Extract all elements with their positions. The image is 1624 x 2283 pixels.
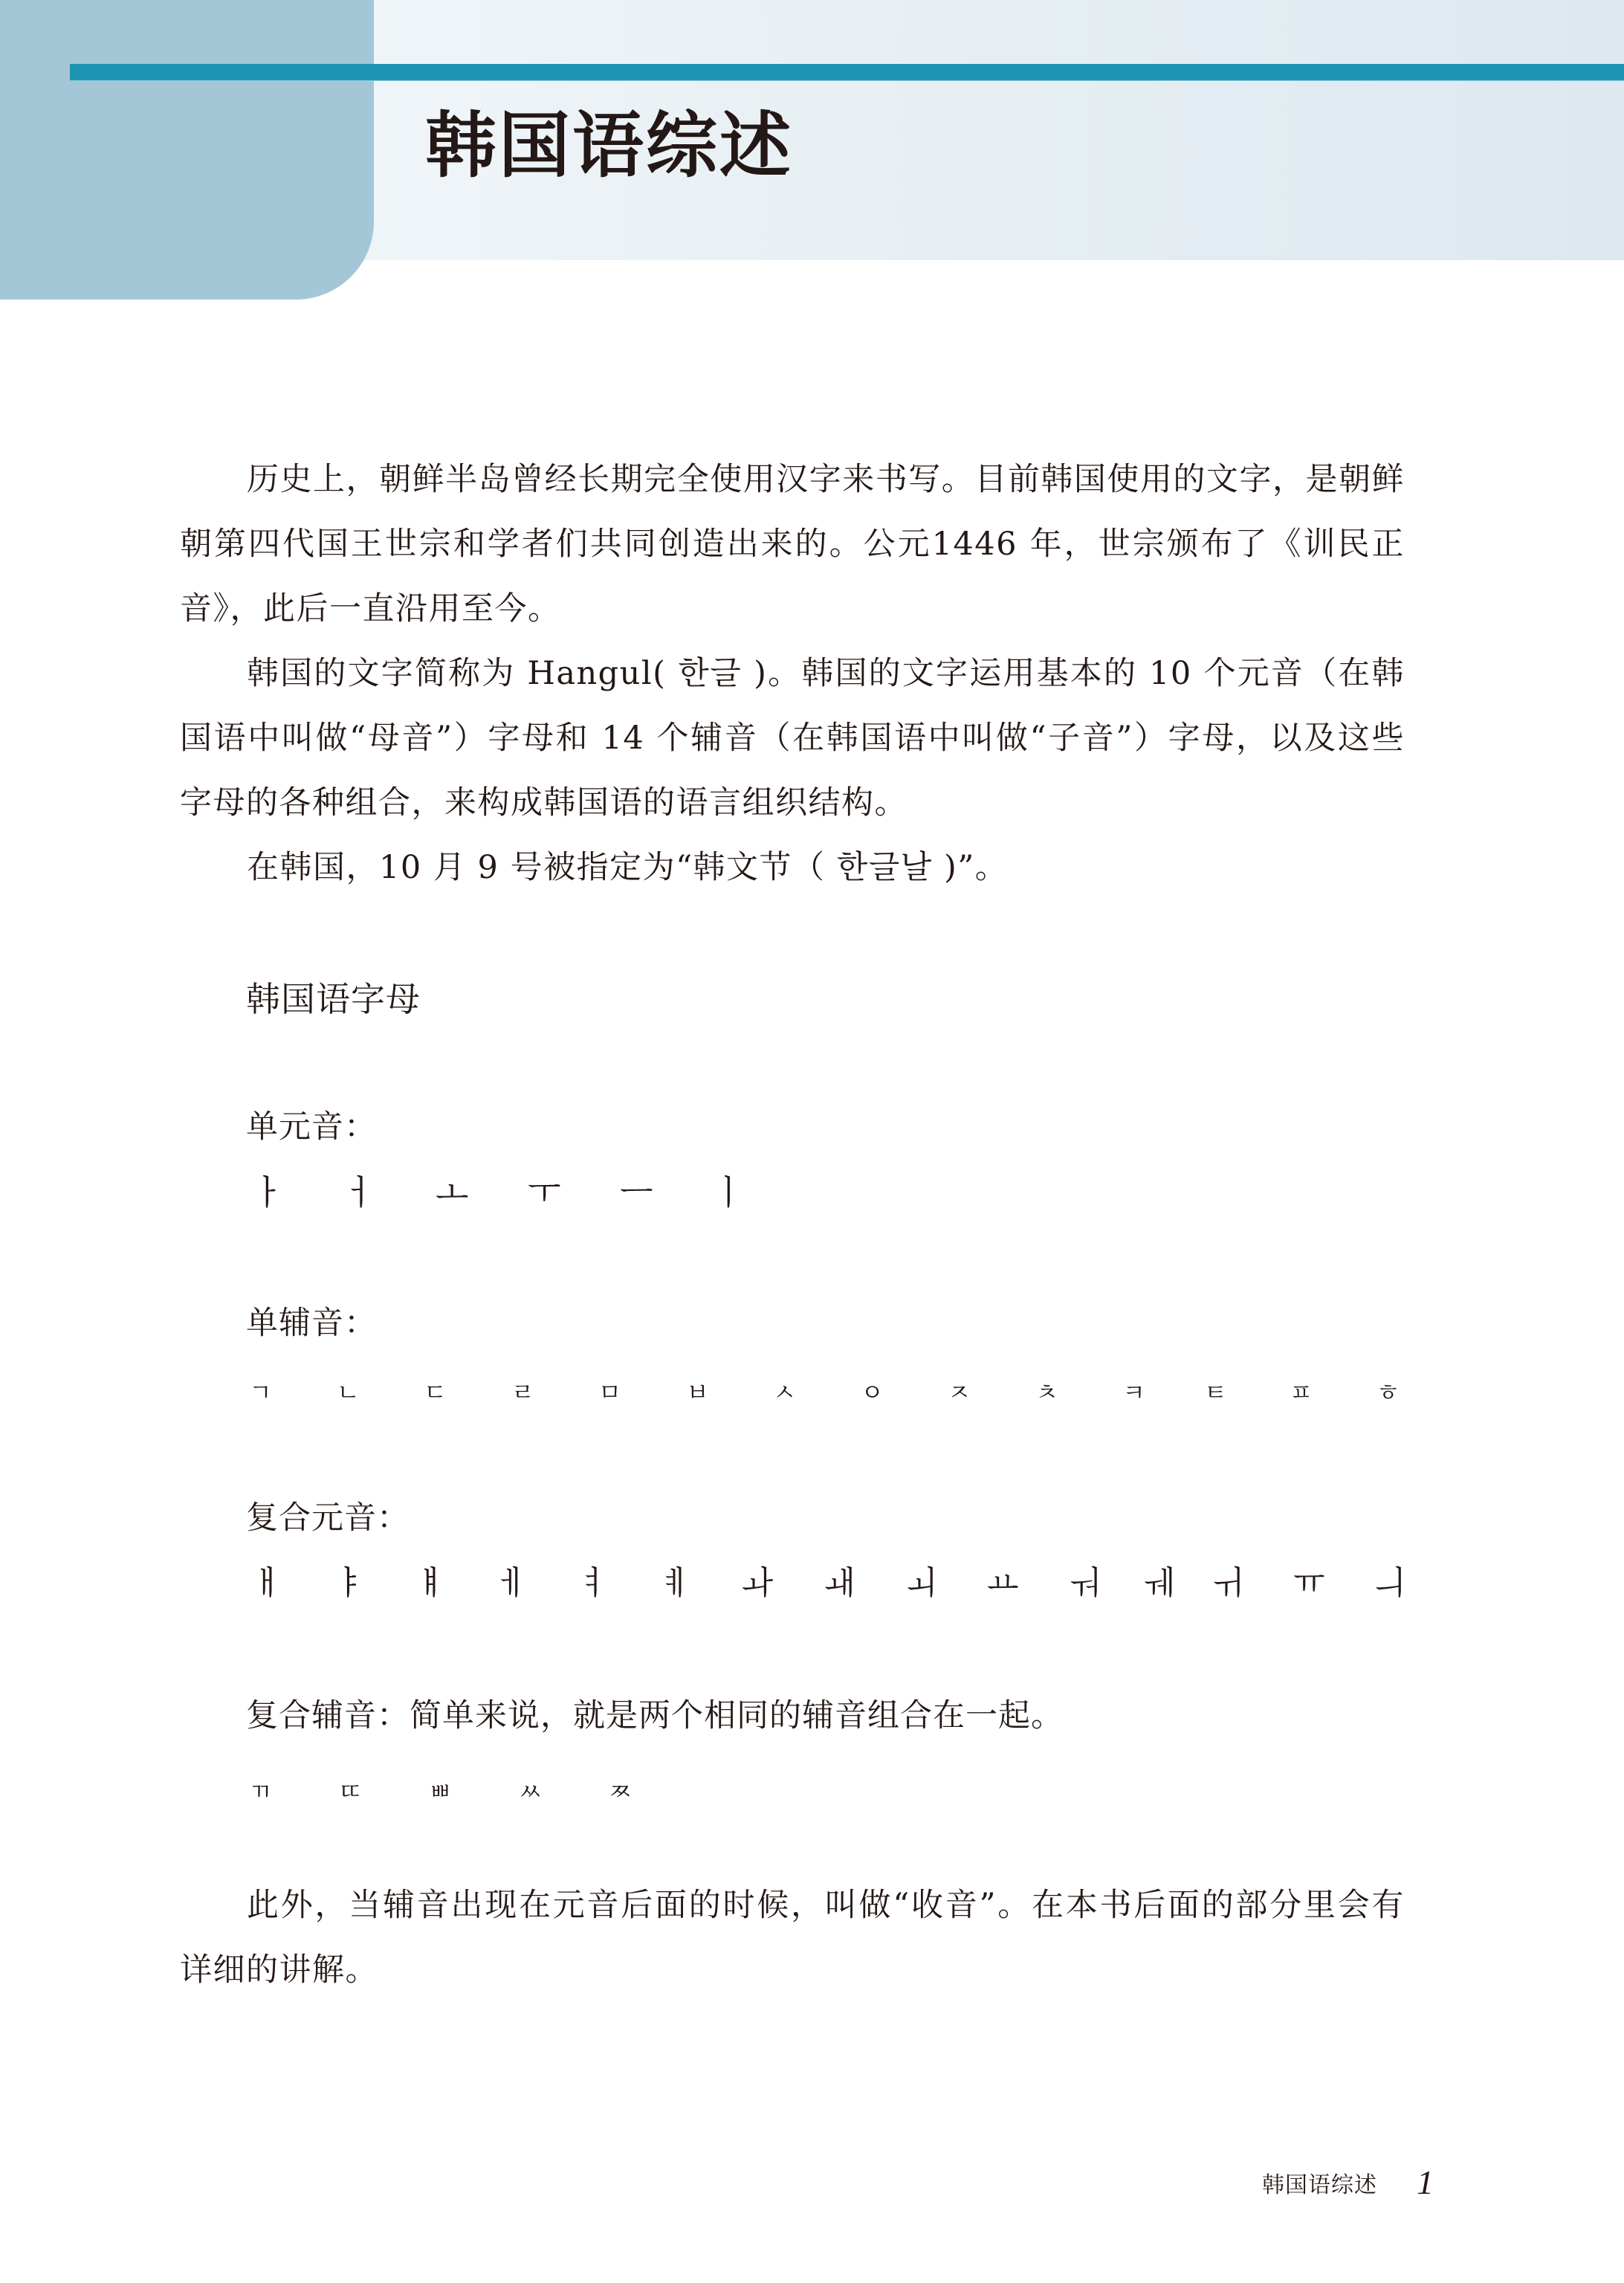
hangul-letter: ㄹ <box>511 1370 534 1415</box>
hangul-letter: ㅋ <box>1122 1370 1145 1415</box>
hangul-letter: ㄷ <box>424 1370 447 1415</box>
hangul-letter: ㅡ <box>620 1170 653 1215</box>
simple-consonants-label: 单辅音： <box>246 1302 377 1344</box>
hangul-letter: ㅆ <box>519 1769 542 1814</box>
running-footer-title: 韩国语综述 <box>1262 2169 1377 2202</box>
hangul-letter: ㅚ <box>905 1561 937 1606</box>
hangul-letter: ㅣ <box>712 1170 745 1215</box>
hangul-letter: ㅊ <box>1035 1370 1058 1415</box>
hangul-letter: ㅞ <box>1143 1561 1175 1606</box>
hangul-letter: ㅛ <box>987 1561 1019 1606</box>
hangul-letter: ㅅ <box>773 1370 796 1415</box>
simple-vowels-label: 单元音： <box>246 1106 377 1148</box>
hangul-letter: ㅇ <box>861 1370 884 1415</box>
hangul-letter: ㄱ <box>249 1370 272 1415</box>
header-rule-bar <box>70 64 1624 80</box>
hangul-letter: ㅃ <box>429 1769 452 1814</box>
chapter-title: 韩国语综述 <box>425 103 793 189</box>
hangul-letter: ㅙ <box>824 1561 855 1606</box>
hangul-letter: ㅈ <box>948 1370 971 1415</box>
document-page: 韩国语综述 历史上，朝鲜半岛曾经长期完全使用汉字来书写。目前韩国使用的文字，是朝… <box>0 0 1624 2283</box>
intro-paragraph-1: 历史上，朝鲜半岛曾经长期完全使用汉字来书写。目前韩国使用的文字，是朝鲜朝第四代国… <box>180 448 1405 642</box>
intro-paragraph-3: 在韩国，10 月 9 号被指定为“韩文节（ 한글날 )”。 <box>180 836 1405 900</box>
hangul-letter: ㅉ <box>609 1769 632 1814</box>
compound-vowels-label: 复合元音： <box>246 1497 410 1539</box>
hangul-letter: ㅕ <box>578 1561 610 1606</box>
hangul-letter: ㅌ <box>1204 1370 1227 1415</box>
hangul-letter: ㅗ <box>436 1170 468 1215</box>
header-color-block <box>0 0 374 300</box>
hangul-letter: ㅢ <box>1374 1561 1405 1606</box>
hangul-letter: ㅖ <box>660 1561 692 1606</box>
compound-consonants-label: 复合辅音：简单来说，就是两个相同的辅音组合在一起。 <box>246 1695 1064 1737</box>
hangul-letter: ㅁ <box>598 1370 621 1415</box>
page-number: 1 <box>1417 2162 1434 2203</box>
hangul-letter: ㅂ <box>686 1370 709 1415</box>
hangul-letter: ㄲ <box>249 1769 272 1814</box>
hangul-letter: ㄴ <box>337 1370 360 1415</box>
section-heading-alphabet: 韩国语字母 <box>246 977 421 1021</box>
hangul-letter: ㅎ <box>1376 1370 1400 1415</box>
closing-paragraph: 此外，当辅音出现在元音后面的时候，叫做“收音”。在本书后面的部分里会有详细的讲解… <box>180 1873 1405 2003</box>
hangul-letter: ㅐ <box>251 1561 283 1606</box>
hangul-letter: ㅓ <box>343 1170 376 1215</box>
hangul-letter: ㅑ <box>333 1561 365 1606</box>
hangul-letter: ㅔ <box>496 1561 528 1606</box>
hangul-letter: ㅘ <box>742 1561 774 1606</box>
hangul-letter: ㄸ <box>339 1769 362 1814</box>
hangul-letter: ㅟ <box>1211 1561 1243 1606</box>
hangul-letter: ㅍ <box>1290 1370 1313 1415</box>
hangul-letter: ㅜ <box>528 1170 560 1215</box>
hangul-letter: ㅏ <box>251 1170 284 1215</box>
hangul-letter: ㅒ <box>415 1561 447 1606</box>
hangul-letter: ㅝ <box>1069 1561 1101 1606</box>
hangul-letter: ㅠ <box>1293 1561 1325 1606</box>
intro-paragraph-2: 韩国的文字简称为 Hangul( 한글 )。韩国的文字运用基本的 10 个元音（… <box>180 642 1405 836</box>
